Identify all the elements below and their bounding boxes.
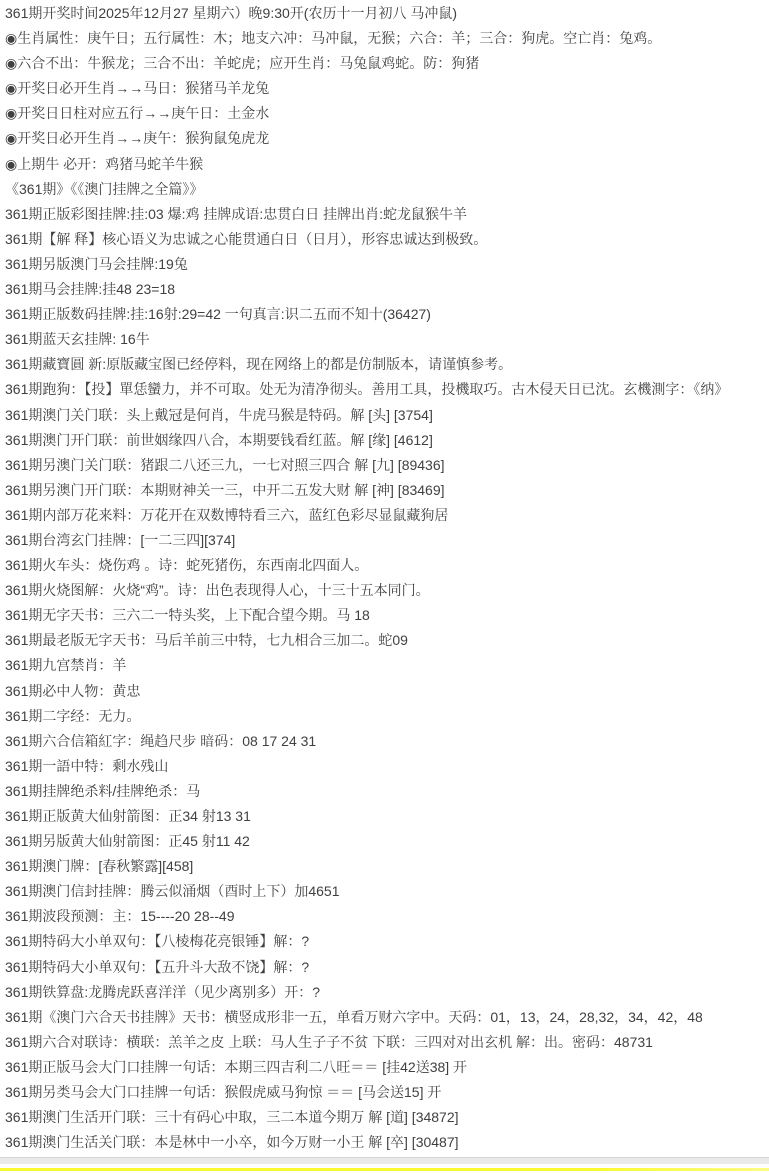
oldest-wordless-book-line: 361期最老版无字天书：马后羊前三中特，七九相合三加二。蛇09 [5,628,769,653]
guapai-kill-line: 361期挂牌绝杀料/挂牌绝杀：马 [5,779,769,804]
official-chart-guapai-line: 361期正版彩图挂牌:挂:03 爆:鸡 挂牌成语:忠贯白日 挂牌出肖:蛇龙鼠猴牛… [5,202,769,227]
alt-macau-closing-couplet-line: 361期另澳门关门联：猪跟二八还三九，一七对照三四合 解 [九] [89436] [5,453,769,478]
special-code-phrase-line-2: 361期特码大小单双句：【五升斗大敌不饶】解：? [5,955,769,980]
treasure-map-notice-line: 361期藏寶圓 新:原版藏宝图已经停料，现在网络上的都是仿制版本，请谨慎参考。 [5,352,769,377]
two-word-line: 361期二字经：无力。 [5,704,769,729]
macau-life-opening-couplet-line: 361期澳门生活开门联：三十有码心中取，三二本道今期万 解 [道] [34872… [5,1105,769,1130]
heavenly-book-line: 361期《澳门六合天书挂牌》天书：横竖成形非一五，单看万财六字中。天码：01，1… [5,1005,769,1030]
macau-envelope-line: 361期澳门信封挂牌：腾云似涌烟（酉时上下）加4651 [5,879,769,904]
paogou-line: 361期跑狗：【投】單恁蠻力，并不可取。处无为清净彻头。善用工具，投機取巧。古木… [5,377,769,402]
zodiac-attributes-line: ◉生肖属性：庚午日；五行属性：木；地支六冲：马冲鼠，无猴；六合：羊；三合：狗虎。… [5,26,769,51]
issue-title-line: 《361期》《《澳门挂牌之全篇》》 [5,177,769,202]
train-head-line: 361期火车头：烧伤鸡 。诗：蛇死猪伤，东西南北四面人。 [5,553,769,578]
must-hit-figure-line: 361期必中人物：黄忠 [5,679,769,704]
official-gate-phrase-line: 361期正版马会大门口挂牌一句话：本期三四吉利二八旺＝＝ [挂42送38] 开 [5,1055,769,1080]
must-open-zodiac-line: ◉开奖日必开生肖→→马日：猴猪马羊龙兔 [5,76,769,101]
liuhe-exclusions-line: ◉六合不出：牛猴龙；三合不出：羊蛇虎；应开生肖：马兔鼠鸡蛇。防：狗猪 [5,51,769,76]
lantian-guapai-line: 361期蓝天玄挂牌: 16牛 [5,327,769,352]
macau-opening-couplet-line: 361期澳门开门联：前世姻缘四八合，本期要钱看红蓝。解 [缘] [4612] [5,428,769,453]
section-divider [0,1157,769,1164]
must-open-zodiac-line-2: ◉开奖日必开生肖→→庚午：猴狗鼠兔虎龙 [5,126,769,151]
digital-guapai-line: 361期正版数码挂牌:挂:16射:29=42 一句真言:识二五而不知十(3642… [5,302,769,327]
macau-life-closing-couplet-line: 361期澳门生活关门联：本是林中一小卒，如今万财一小王 解 [卒] [30487… [5,1130,769,1155]
taiwan-xuanmen-line: 361期台湾玄门挂牌：[一二三四][374] [5,528,769,553]
jiugong-forbidden-line: 361期九宫禁肖：羊 [5,653,769,678]
lottery-info-list: 361期开奖时间2025年12月27 星期六）晚9:30开(农历十一月初八 马冲… [5,1,769,1155]
fire-diagram-line: 361期火烧图解：火烧“鸡”。诗：出色表现得人心，十三十五本同门。 [5,578,769,603]
macau-card-line: 361期澳门牌：[春秋繁露][458] [5,854,769,879]
internal-wanhua-line: 361期内部万花来料：万花开在双数博特看三六，蓝红色彩尽显鼠藏狗居 [5,503,769,528]
alt-macau-opening-couplet-line: 361期另澳门开门联：本期财神关一三，中开二五发大财 解 [神] [83469] [5,478,769,503]
couplet-poem-line: 361期六合对联诗：横联：羔羊之皮 上联：马人生子子不贫 下联：三四对对出玄机 … [5,1030,769,1055]
explanation-line: 361期【解 释】核心语义为忠诚之心能贯通白日（日月），形容忠诚达到极致。 [5,227,769,252]
jockey-club-guapai-line: 361期马会挂牌:挂48 23=18 [5,277,769,302]
five-elements-line: ◉开奖日日柱对应五行→→庚午日：土金水 [5,101,769,126]
yellow-highlight-bar [0,1168,769,1171]
macau-closing-couplet-line: 361期澳门关门联：头上戴冠是何肖，牛虎马猴是特码。解 [头] [3754] [5,403,769,428]
special-code-phrase-line-1: 361期特码大小单双句：【八棱梅花亮银锤】解：? [5,929,769,954]
alt-macau-guapai-line: 361期另版澳门马会挂牌:19兔 [5,252,769,277]
band-prediction-line: 361期波段预测：主：15----20 28--49 [5,904,769,929]
alt-gate-phrase-line: 361期另类马会大门口挂牌一句话：猴假虎威马狗惊 ＝＝ [马会送15] 开 [5,1080,769,1105]
wordless-book-line: 361期无字天书：三六二一特头奖，上下配合望今期。马 18 [5,603,769,628]
iron-abacus-line: 361期铁算盘:龙腾虎跃喜洋洋（见少离别多）开：? [5,980,769,1005]
last-period-line: ◉上期牛 必开：鸡猪马蛇羊牛猴 [5,152,769,177]
one-phrase-special-line: 361期一語中特：剩水残山 [5,754,769,779]
draw-time-line: 361期开奖时间2025年12月27 星期六）晚9:30开(农历十一月初八 马冲… [5,1,769,26]
official-huangdaxian-line: 361期正版黄大仙射箭图：正34 射13 31 [5,804,769,829]
alt-huangdaxian-line: 361期另版黄大仙射箭图：正45 射11 42 [5,829,769,854]
mailbox-red-words-line: 361期六合信箱紅字：绳趋尺步 暗码：08 17 24 31 [5,729,769,754]
